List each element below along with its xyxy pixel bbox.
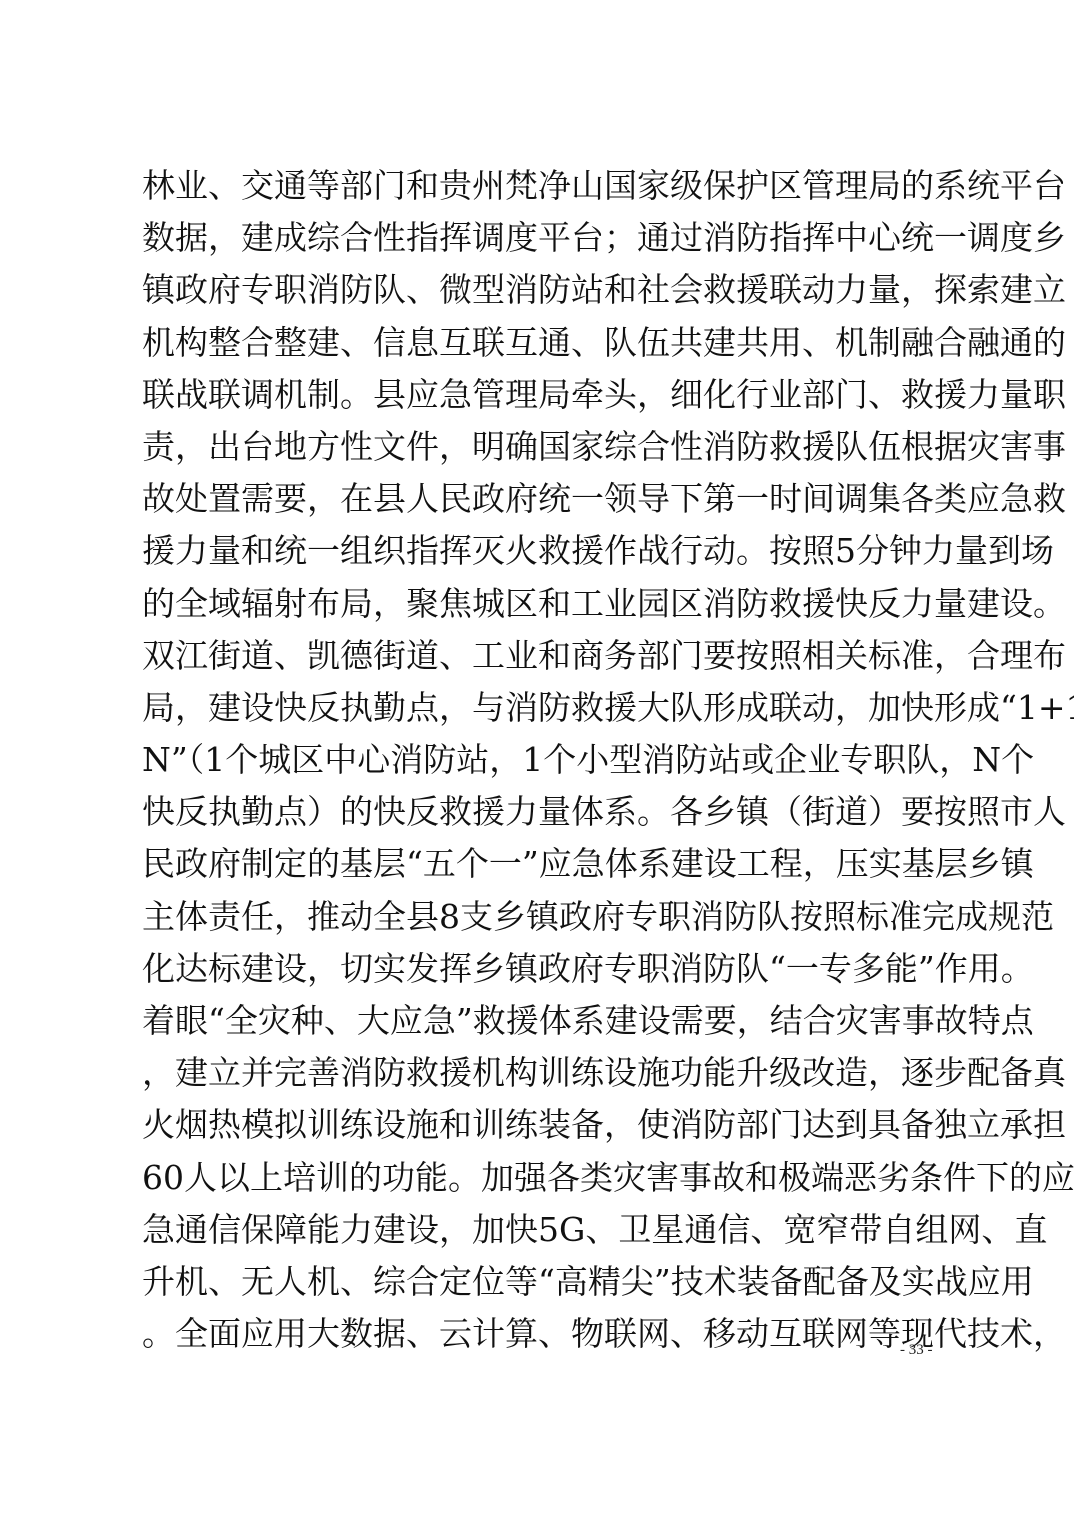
text-line: 快反执勤点）的快反救援力量体系。各乡镇（街道）要按照市人 xyxy=(142,790,942,842)
text-line: 责，出台地方性文件，明确国家综合性消防救援队伍根据灾害事 xyxy=(142,425,942,477)
text-line: 援力量和统一组织指挥灭火救援作战行动。按照5分钟力量到场 xyxy=(142,529,942,581)
text-line: 镇政府专职消防队、微型消防站和社会救援联动力量，探索建立 xyxy=(142,268,942,320)
text-line: 。全面应用大数据、云计算、物联网、移动互联网等现代技术， xyxy=(142,1312,942,1364)
text-line: 火烟热模拟训练设施和训练装备，使消防部门达到具备独立承担 xyxy=(142,1103,942,1155)
text-line: 联战联调机制。县应急管理局牵头，细化行业部门、救援力量职 xyxy=(142,373,942,425)
text-line: 民政府制定的基层“五个一”应急体系建设工程，压实基层乡镇 xyxy=(142,842,942,894)
text-line: 林业、交通等部门和贵州梵净山国家级保护区管理局的系统平台 xyxy=(142,164,942,216)
text-line: 主体责任，推动全县8支乡镇政府专职消防队按照标准完成规范 xyxy=(142,895,942,947)
text-line: ，建立并完善消防救援机构训练设施功能升级改造，逐步配备真 xyxy=(142,1051,942,1103)
document-page: 林业、交通等部门和贵州梵净山国家级保护区管理局的系统平台 数据，建成综合性指挥调… xyxy=(0,0,1074,1520)
text-line: 的全域辐射布局，聚焦城区和工业园区消防救援快反力量建设。 xyxy=(142,582,942,634)
text-line: 化达标建设，切实发挥乡镇政府专职消防队“一专多能”作用。 xyxy=(142,947,942,999)
text-line: N”（1个城区中心消防站，1个小型消防站或企业专职队，N个 xyxy=(142,738,942,790)
page-number: - 33 - xyxy=(900,1342,933,1359)
text-line: 升机、无人机、综合定位等“高精尖”技术装备配备及实战应用 xyxy=(142,1260,942,1312)
body-paragraph: 林业、交通等部门和贵州梵净山国家级保护区管理局的系统平台 数据，建成综合性指挥调… xyxy=(142,164,942,1364)
text-line: 着眼“全灾种、大应急”救援体系建设需要，结合灾害事故特点 xyxy=(142,999,942,1051)
text-line: 机构整合整建、信息互联互通、队伍共建共用、机制融合融通的 xyxy=(142,321,942,373)
text-line: 急通信保障能力建设，加快5G、卫星通信、宽窄带自组网、直 xyxy=(142,1208,942,1260)
text-line: 故处置需要，在县人民政府统一领导下第一时间调集各类应急救 xyxy=(142,477,942,529)
text-line: 60人以上培训的功能。加强各类灾害事故和极端恶劣条件下的应 xyxy=(142,1156,942,1208)
text-line: 数据，建成综合性指挥调度平台；通过消防指挥中心统一调度乡 xyxy=(142,216,942,268)
text-line: 双江街道、凯德街道、工业和商务部门要按照相关标准，合理布 xyxy=(142,634,942,686)
text-line: 局，建设快反执勤点，与消防救援大队形成联动，加快形成“1+1+ xyxy=(142,686,942,738)
